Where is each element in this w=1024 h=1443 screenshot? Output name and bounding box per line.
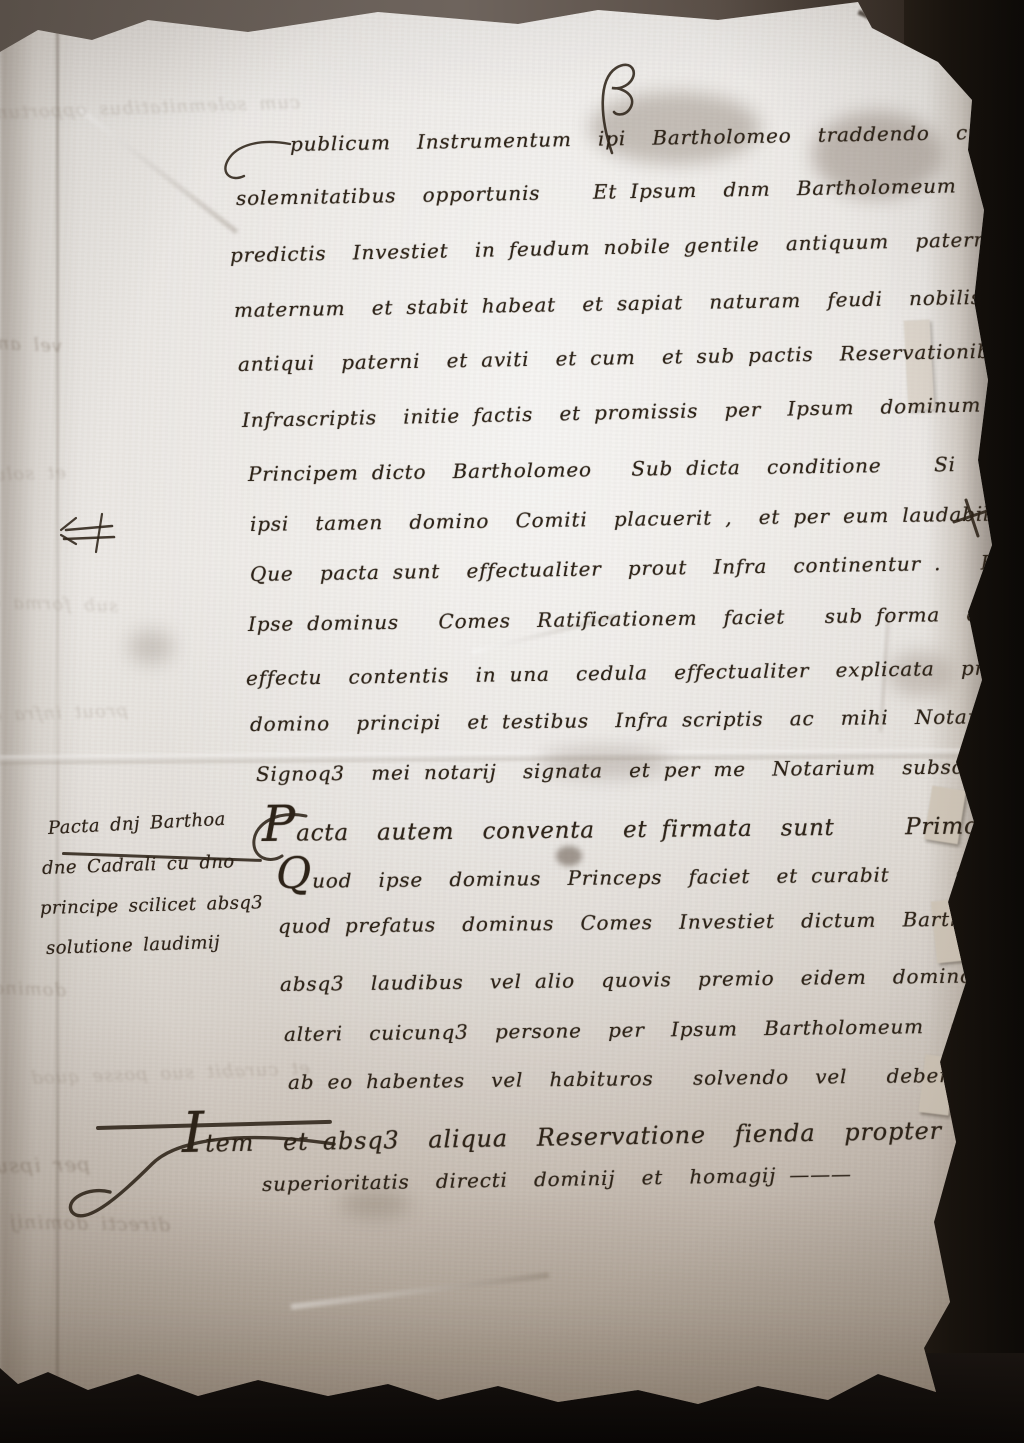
line-start-swash — [218, 130, 298, 190]
pacta-capital-swash — [240, 806, 330, 876]
main-text-line: Pacta autem conventa et firmata sunt Pri… — [262, 802, 979, 847]
manuscript-photo: cum solemnitatibus opportunis vel antiqu… — [0, 0, 1024, 1443]
item-capital-swash — [58, 1128, 348, 1238]
ink-stain — [128, 630, 174, 664]
manuscript-page: cum solemnitatibus opportunis vel antiqu… — [0, 0, 1024, 1443]
margin-arrow-icon — [56, 510, 118, 560]
